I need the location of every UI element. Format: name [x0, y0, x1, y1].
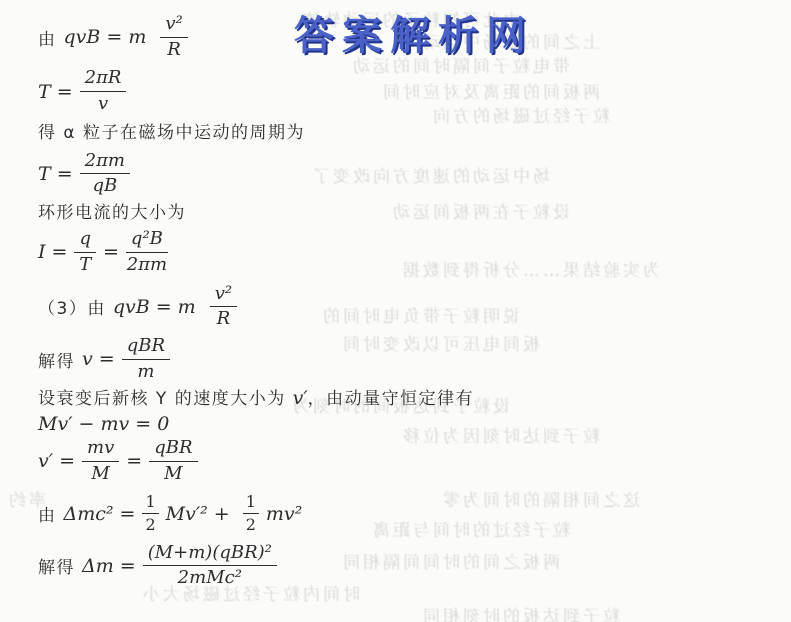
- formula-vprime: v′ = mv M = qBR M: [38, 438, 658, 484]
- formula-lhs: v′ =: [38, 450, 75, 472]
- fraction: (M+m)(qBR)² 2mMc²: [143, 543, 277, 589]
- fraction-numerator: mv: [82, 438, 119, 462]
- fraction: mv M: [82, 438, 119, 484]
- solution-content: 由 qvB = m v² R T = 2πR v 得 α 粒子在磁场中运动的周期…: [38, 14, 658, 589]
- formula-lhs: Δm =: [82, 555, 136, 577]
- formula-lhs: Δmc² =: [64, 503, 136, 525]
- fraction: q T: [74, 229, 96, 275]
- fraction-denominator: v: [98, 92, 108, 115]
- formula-period-radius: T = 2πR v: [38, 68, 658, 114]
- formula-lhs: v =: [82, 348, 115, 370]
- formula-prefix: 解得: [38, 553, 75, 578]
- text-momentum-intro: 设衰变后新核 Y 的速度大小为 v′，由动量守恒定律有: [38, 386, 658, 410]
- fraction-denominator: T: [79, 253, 91, 276]
- formula-body: qvB = m: [113, 296, 196, 318]
- formula-prefix: 由: [38, 501, 57, 526]
- equals-sign: =: [103, 241, 119, 263]
- fraction-numerator: q: [74, 229, 96, 253]
- fraction-numerator: q²B: [126, 229, 168, 253]
- fraction-numerator: qBR: [122, 336, 170, 360]
- formula-lhs: T =: [38, 81, 73, 103]
- fraction-denominator: qB: [92, 174, 117, 197]
- formula-prefix: 由: [38, 25, 57, 50]
- text-period-intro: 得 α 粒子在磁场中运动的周期为: [38, 121, 658, 145]
- fraction-one-half: 1 2: [142, 493, 158, 535]
- fraction-one-half: 1 2: [243, 493, 259, 535]
- fraction-numerator: v²: [160, 14, 187, 38]
- formula-velocity-solution: 解得 v = qBR m: [38, 336, 658, 382]
- fraction-numerator: 2πm: [80, 151, 130, 175]
- formula-lhs: I =: [38, 241, 67, 263]
- formula-momentum-conservation: Mv′ − mv = 0: [38, 412, 658, 436]
- fraction: qBR M: [149, 438, 197, 484]
- fraction-numerator: 2πR: [80, 68, 127, 92]
- formula-body: Mv′ − mv = 0: [38, 413, 169, 435]
- fraction: qBR m: [122, 336, 170, 382]
- scanned-answer-page: 由此可知粒子的运动轨迹上之间的磁场中运动带电粒子间隔时间的运动两板间的距离及对应…: [0, 0, 791, 622]
- fraction-numerator: qBR: [149, 438, 197, 462]
- formula-mass-energy: 由 Δmc² = 1 2 Mv′² + 1 2 mv²: [38, 491, 658, 537]
- formula-mass-defect: 解得 Δm = (M+m)(qBR)² 2mMc²: [38, 543, 658, 589]
- formula-current: I = q T = q²B 2πm: [38, 229, 658, 275]
- formula-period: T = 2πm qB: [38, 151, 658, 197]
- formula-circular-motion-2: （3）由 qvB = m v² R: [38, 284, 658, 330]
- formula-term: Mv′²: [166, 503, 208, 525]
- formula-lhs: T =: [38, 163, 73, 185]
- fraction: q²B 2πm: [126, 229, 168, 275]
- text-segment: ，由动量守恒定律有: [308, 389, 475, 409]
- fraction: 2πm qB: [80, 151, 130, 197]
- fraction-numerator: (M+m)(qBR)²: [143, 543, 277, 567]
- watermark-text: 答案解析网: [294, 4, 534, 61]
- fraction-denominator: R: [167, 38, 181, 61]
- text-segment: 设衰变后新核 Y 的速度大小为: [38, 389, 293, 409]
- fraction-denominator: 2: [243, 514, 259, 534]
- fraction-denominator: 2mMc²: [178, 566, 242, 589]
- fraction-numerator: 1: [243, 493, 259, 514]
- formula-prefix: （3）由: [38, 294, 106, 319]
- fraction: v² R: [160, 14, 187, 60]
- formula-body: qvB = m: [64, 26, 147, 48]
- fraction-denominator: 2πm: [127, 253, 167, 276]
- inline-math: v′: [293, 387, 308, 409]
- bleedthrough-text: 粒子到达板的时刻相同: [420, 602, 620, 622]
- fraction-denominator: M: [164, 462, 182, 485]
- fraction-denominator: M: [91, 462, 109, 485]
- formula-term: mv²: [266, 503, 302, 525]
- equals-sign: =: [126, 450, 142, 472]
- text-current-intro: 环形电流的大小为: [38, 201, 658, 225]
- fraction-numerator: v²: [210, 284, 237, 308]
- fraction-denominator: 2: [142, 514, 158, 534]
- fraction: 2πR v: [80, 68, 127, 114]
- fraction-denominator: m: [137, 360, 154, 383]
- plus-sign: +: [214, 503, 230, 525]
- fraction-denominator: R: [217, 307, 231, 330]
- formula-prefix: 解得: [38, 347, 75, 372]
- fraction: v² R: [210, 284, 237, 330]
- fraction-numerator: 1: [142, 493, 158, 514]
